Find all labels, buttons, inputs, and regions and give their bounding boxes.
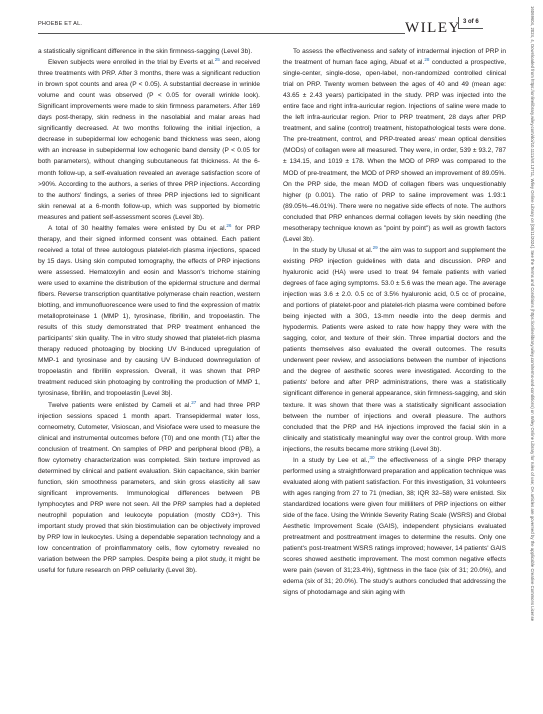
paragraph-text: the effectiveness of a single PRP therap… (283, 457, 506, 597)
page-header: PHOEBE ET AL. WILEY 3 of 6 (38, 12, 481, 38)
download-notice-sidebar: 16069604, 2024, 4, Downloaded from https… (528, 6, 536, 706)
paragraph: A total of 30 healthy females were enlis… (38, 223, 260, 400)
paragraph-text: and received three treatments with PRP. … (38, 59, 260, 221)
paragraph-text: the aim was to support and supplement th… (283, 247, 506, 453)
paragraph-text: In a study by Lee et al., (293, 457, 369, 464)
paragraph: To assess the effectiveness and safety o… (283, 46, 506, 245)
running-author: PHOEBE ET AL. (38, 21, 82, 27)
paragraph: In a study by Lee et al.,30 the effectiv… (283, 455, 506, 599)
wiley-logo: WILEY (405, 20, 461, 37)
header-rule (38, 33, 405, 34)
paragraph: Eleven subjects were enrolled in the tri… (38, 57, 260, 223)
header-divider (458, 17, 459, 28)
right-column: To assess the effectiveness and safety o… (283, 46, 506, 598)
paragraph: In the study by Ulusal et al.29 the aim … (283, 245, 506, 455)
paragraph: Twelve patients were enlisted by Cameli … (38, 400, 260, 577)
paragraph-text: In the study by Ulusal et al. (293, 247, 373, 254)
download-notice-text: 16069604, 2024, 4, Downloaded from https… (530, 6, 535, 621)
header-rule-right (458, 28, 483, 29)
paragraph-text: and had three PRP injection sessions spa… (38, 402, 260, 575)
paragraph: a statistically significant difference i… (38, 46, 260, 57)
paragraph-text: Twelve patients were enlisted by Cameli … (48, 402, 191, 409)
paragraph-text: A total of 30 healthy females were enlis… (48, 225, 226, 232)
paragraph-text: conducted a prospective, single-center, … (283, 59, 506, 243)
paragraph-text: Eleven subjects were enrolled in the tri… (48, 59, 215, 66)
paragraph-text: for PRP therapy, and their signed inform… (38, 225, 260, 398)
left-column: a statistically significant difference i… (38, 46, 260, 576)
page-number: 3 of 6 (463, 19, 479, 25)
